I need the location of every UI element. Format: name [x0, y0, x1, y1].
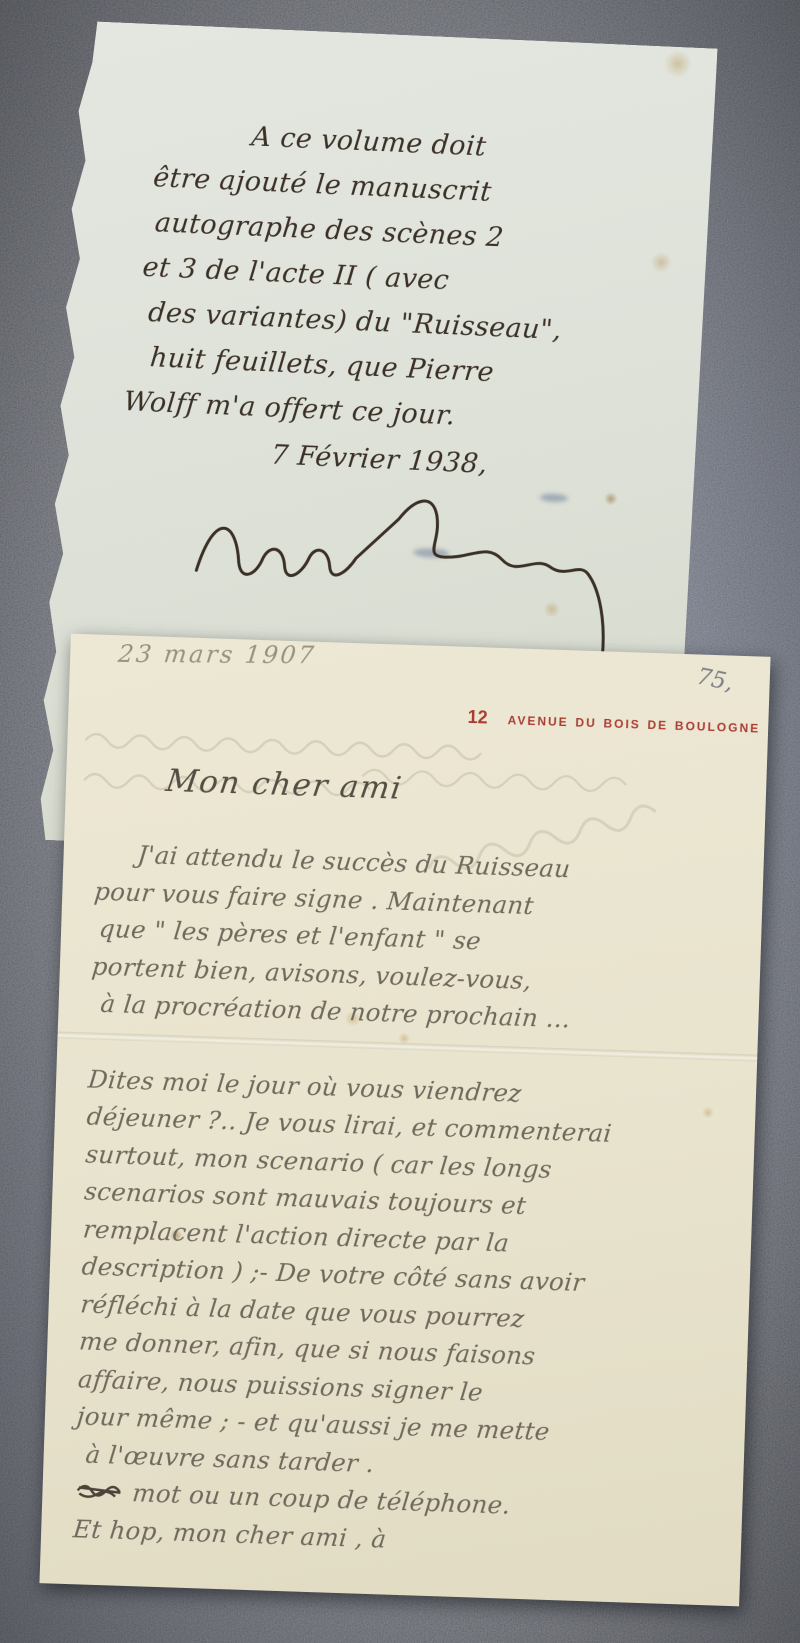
line-text: à l'œuvre sans tarder . — [84, 1439, 376, 1477]
pencil-date-annotation: 23 mars 1907 — [117, 640, 318, 669]
letterhead-street: Avenue du Bois de Boulogne — [507, 709, 760, 736]
line-text: et 3 de l'acte II ( avec — [141, 252, 450, 296]
crossed-out-word-scribble — [74, 1481, 128, 1501]
salutation: Mon cher ami — [164, 763, 405, 807]
line-text: Wolff m'a offert ce jour. — [122, 386, 457, 431]
ghost-pencil-line — [81, 726, 532, 765]
printed-letterhead: 12Avenue du Bois de Boulogne — [467, 707, 760, 738]
bottom-letter-body: J'ai attendu le succès du Ruisseau pour … — [73, 835, 748, 1569]
top-letter-text: A ce volume doit être ajouté le manuscri… — [117, 110, 697, 495]
letterhead-number: 12 — [467, 707, 488, 728]
bottom-letter-sheet: 23 mars 1907 75, 12Avenue du Bois de Bou… — [39, 634, 770, 1607]
line-text: être ajouté le manuscrit — [152, 162, 493, 208]
line-text: A ce volume doit — [250, 121, 488, 162]
line-text: autographe des scènes 2 — [154, 207, 506, 253]
paper-stain — [662, 50, 693, 77]
pencil-price-annotation: 75, — [695, 664, 736, 697]
line-text: Et hop, mon cher ami , à — [72, 1514, 388, 1553]
line-text: huit feuillets, que Pierre — [149, 342, 496, 388]
